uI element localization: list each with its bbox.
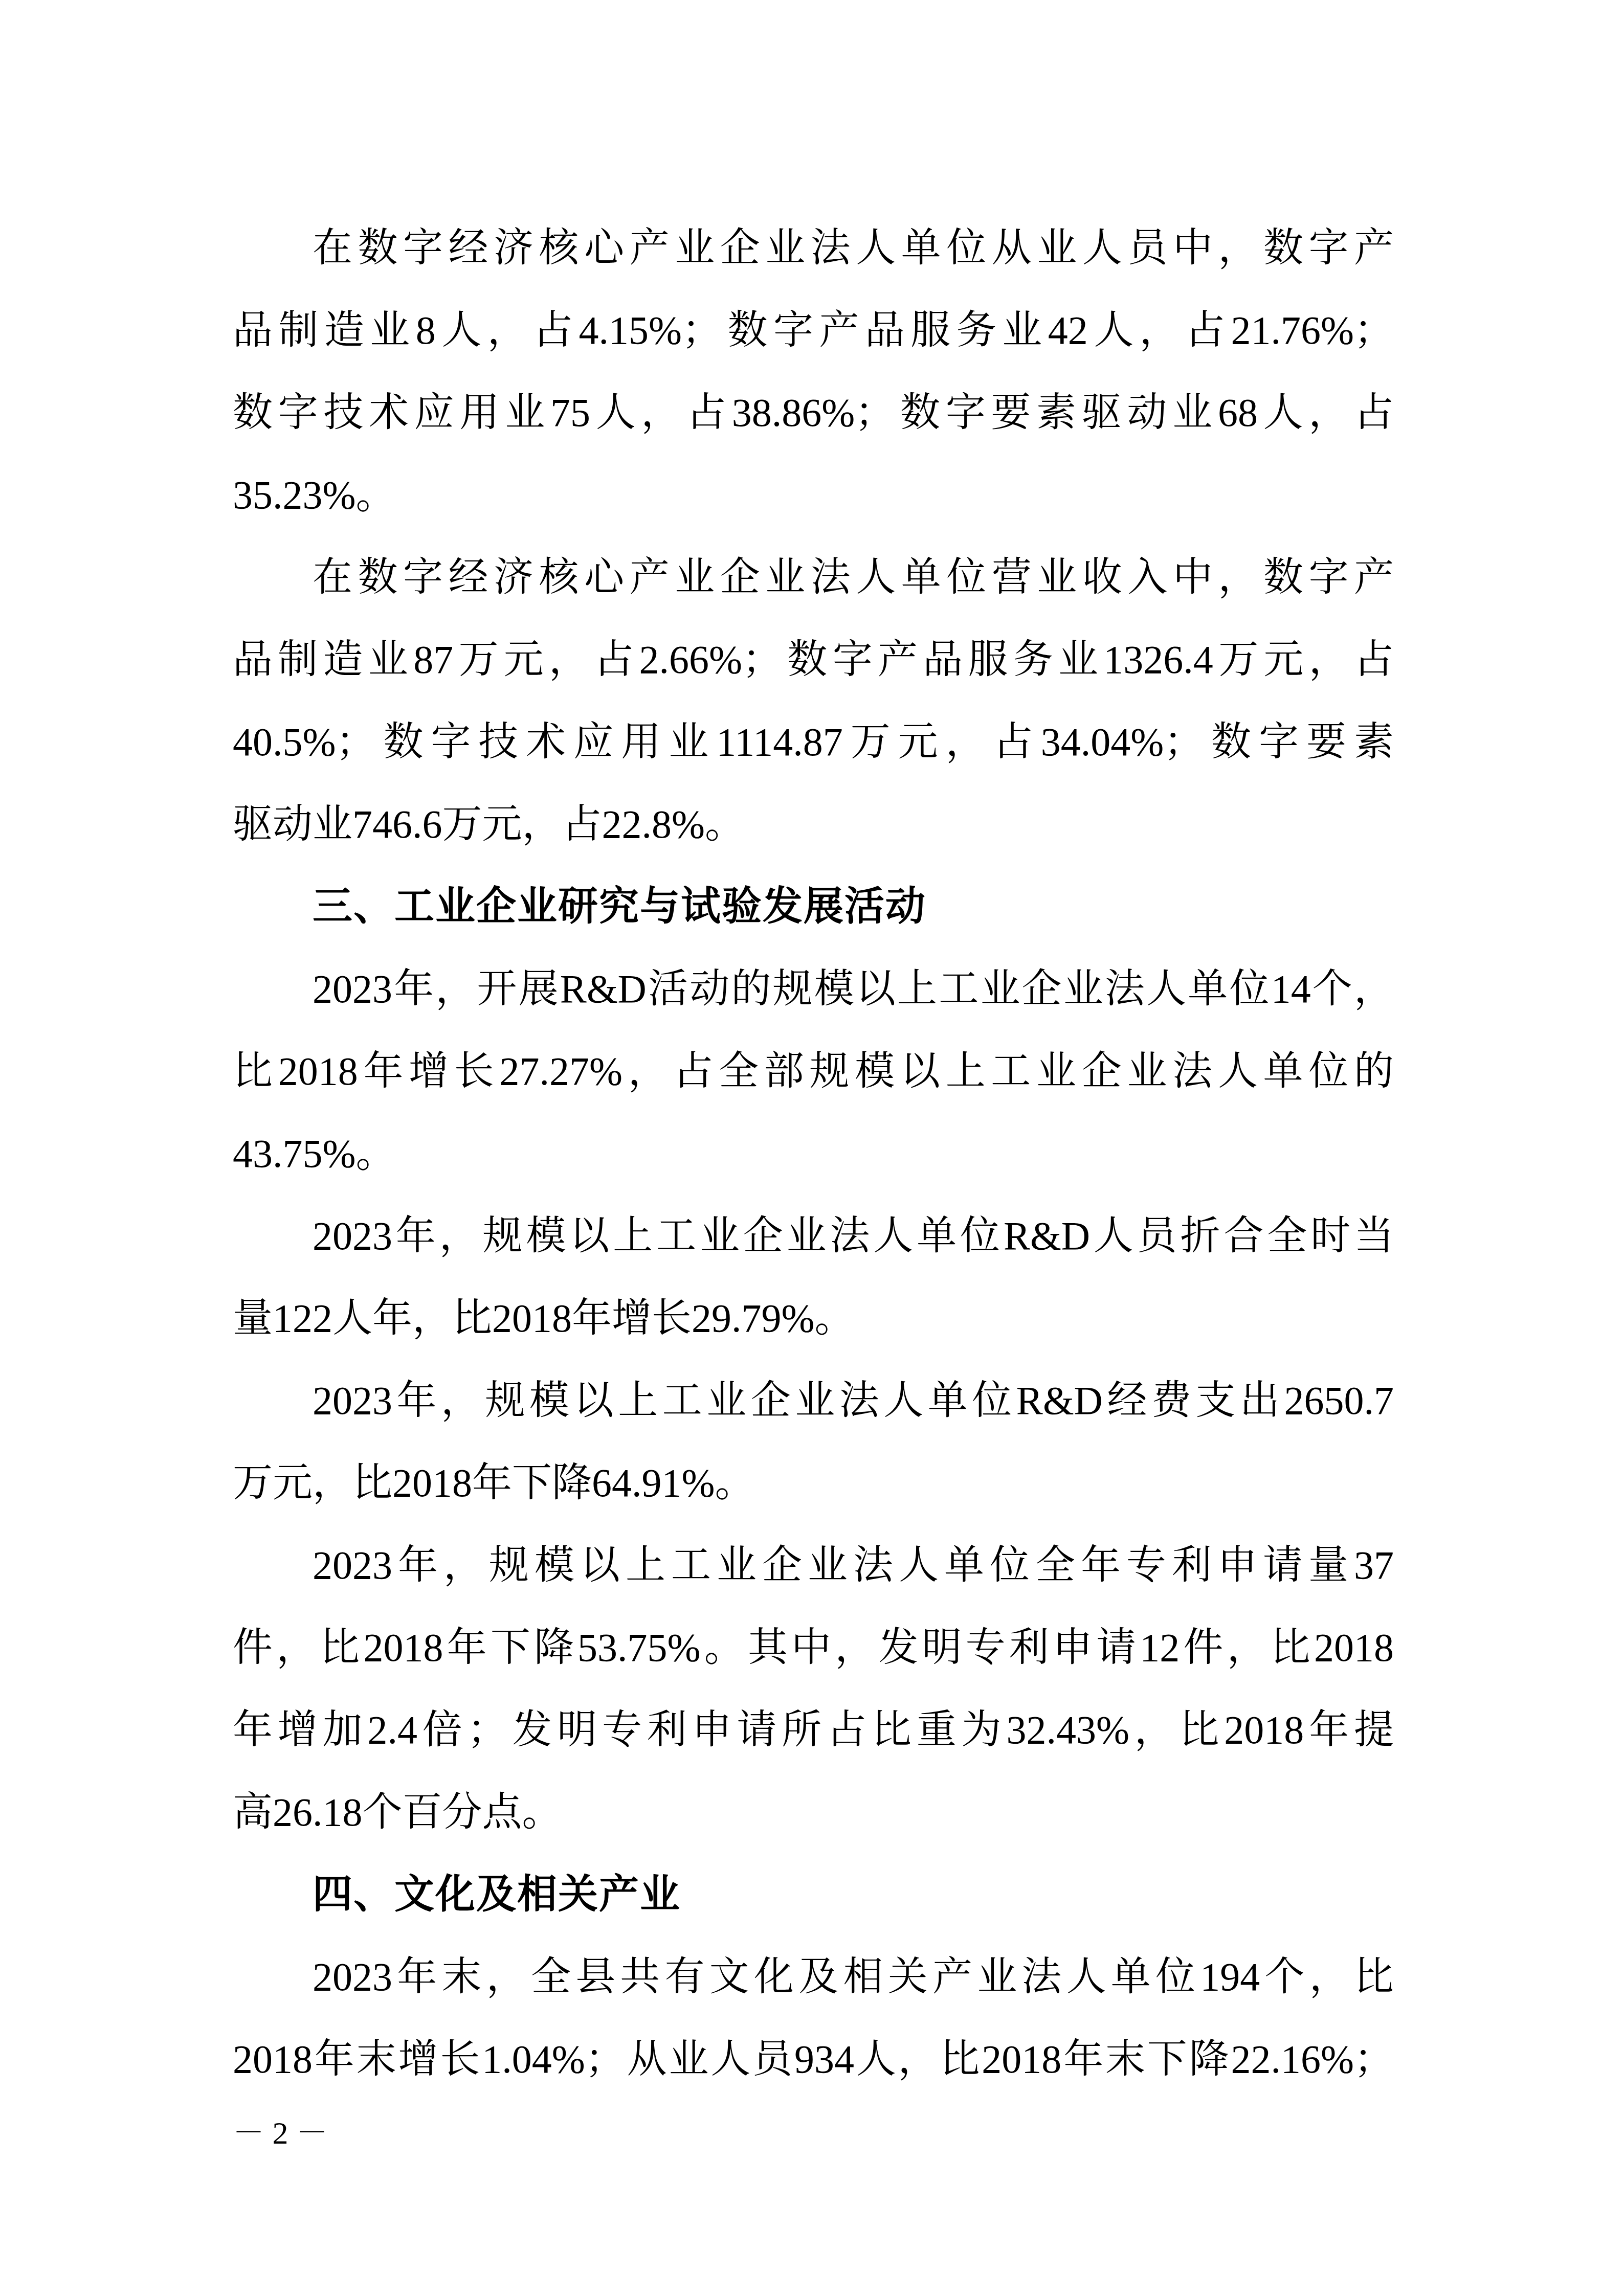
paragraph-line: 件，比2018年下降53.75%。其中，发明专利申请12件，比2018 (233, 1606, 1394, 1689)
paragraph-line: 量122人年，比2018年增长29.79%。 (233, 1277, 1394, 1359)
paragraph-line: 2018年末增长1.04%；从业人员934人，比2018年末下降22.16%； (233, 2018, 1394, 2100)
section-heading-industry-rd: 三、工业企业研究与试验发展活动 (233, 865, 1394, 948)
paragraph-line: 年增加2.4倍；发明专利申请所占比重为32.43%，比2018年提 (233, 1689, 1394, 1771)
paragraph-line: 高26.18个百分点。 (233, 1771, 1394, 1853)
paragraph-line: 数字技术应用业75人，占38.86%；数字要素驱动业68人，占 (233, 371, 1394, 454)
paragraph-line: 在数字经济核心产业企业法人单位从业人员中，数字产 (233, 207, 1394, 289)
page-number: － 2 － (233, 2103, 328, 2164)
paragraph-line: 43.75%。 (233, 1112, 1394, 1195)
paragraph-line: 比2018年增长27.27%，占全部规模以上工业企业法人单位的 (233, 1030, 1394, 1112)
paragraph-line: 2023年，规模以上工业企业法人单位全年专利申请量37 (233, 1524, 1394, 1606)
paragraph-line: 2023年，规模以上工业企业法人单位R&D经费支出2650.7 (233, 1359, 1394, 1442)
paragraph-line: 2023年末，全县共有文化及相关产业法人单位194个，比 (233, 1935, 1394, 2018)
section-heading-culture-industry: 四、文化及相关产业 (233, 1853, 1394, 1935)
paragraph-line: 品制造业87万元，占2.66%；数字产品服务业1326.4万元，占 (233, 618, 1394, 701)
paragraph-line: 在数字经济核心产业企业法人单位营业收入中，数字产 (233, 536, 1394, 618)
paragraph-line: 40.5%；数字技术应用业1114.87万元，占34.04%；数字要素 (233, 701, 1394, 783)
document-page: 在数字经济核心产业企业法人单位从业人员中，数字产 品制造业8人，占4.15%；数… (0, 0, 1624, 2296)
document-body: 在数字经济核心产业企业法人单位从业人员中，数字产 品制造业8人，占4.15%；数… (233, 207, 1394, 2100)
paragraph-line: 2023年，开展R&D活动的规模以上工业企业法人单位14个， (233, 948, 1394, 1030)
paragraph-line: 35.23%。 (233, 454, 1394, 536)
paragraph-line: 万元，比2018年下降64.91%。 (233, 1442, 1394, 1524)
paragraph-line: 品制造业8人，占4.15%；数字产品服务业42人，占21.76%； (233, 289, 1394, 371)
paragraph-line: 驱动业746.6万元，占22.8%。 (233, 783, 1394, 865)
paragraph-line: 2023年，规模以上工业企业法人单位R&D人员折合全时当 (233, 1195, 1394, 1277)
